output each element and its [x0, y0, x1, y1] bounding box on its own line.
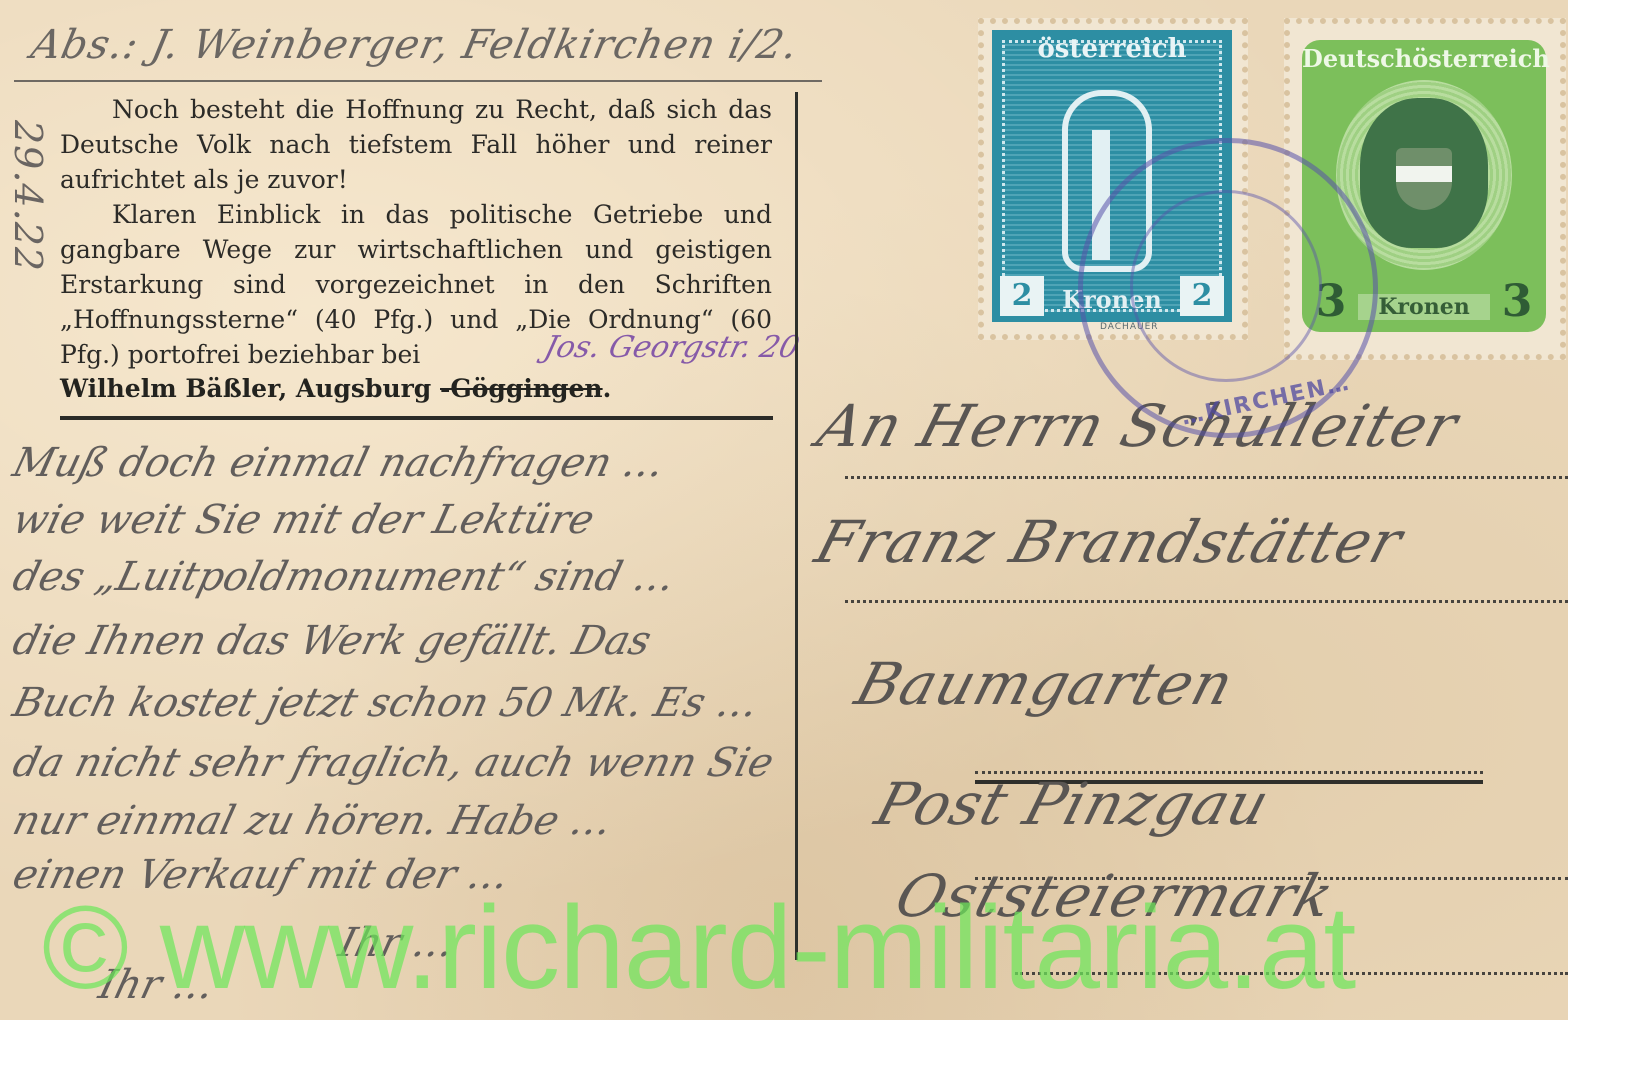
stamp-currency: Kronen: [1358, 294, 1490, 320]
page-margin-right: [1568, 0, 1652, 1074]
message-line: die Ihnen das Werk gefällt. Das: [8, 618, 655, 664]
sender-rule: [14, 80, 822, 82]
address-dotted-rule: [845, 600, 1568, 603]
publisher-name: Wilhelm Bäßler, Augsburg: [60, 374, 440, 403]
publisher-end: .: [603, 374, 612, 403]
stamp-value-left: 2: [1000, 276, 1044, 316]
card-center-divider: [795, 92, 798, 960]
printed-divider-rule: [60, 416, 773, 420]
purple-address-overprint: Jos. Georgstr. 20: [541, 330, 803, 365]
address-line: Franz Brandstätter: [808, 508, 1410, 576]
address-dotted-rule: [845, 476, 1568, 479]
postcard: Abs.: J. Weinberger, Feldkirchen i/2. 29…: [0, 0, 1568, 1020]
message-line: Buch kostet jetzt schon 50 Mk. Es …: [8, 680, 763, 726]
stamp-value-right: 3: [1492, 278, 1542, 326]
message-line: da nicht sehr fraglich, auch wenn Sie: [8, 740, 778, 786]
page-margin-bottom: [0, 1020, 1652, 1074]
printed-paragraph-1: Noch besteht die Hoffnung zu Recht, daß …: [60, 92, 772, 197]
message-line: Muß doch einmal nachfragen …: [8, 440, 669, 486]
address-line: Baumgarten: [848, 650, 1241, 718]
stamp-country: Deutschösterreich: [1302, 44, 1546, 73]
message-line: des „Luitpoldmonument“ sind …: [8, 554, 680, 600]
address-line: Post Pinzgau: [868, 770, 1277, 838]
date-handwriting: 29.4.22: [6, 120, 50, 272]
sender-handwriting: Abs.: J. Weinberger, Feldkirchen i/2.: [27, 22, 803, 68]
publisher-struck-location: -Göggingen: [440, 374, 603, 403]
publisher-line: Wilhelm Bäßler, Augsburg -Göggingen.: [60, 374, 611, 403]
message-line: nur einmal zu hören. Habe …: [8, 798, 616, 844]
message-line: wie weit Sie mit der Lektüre: [8, 497, 599, 543]
postmark-inner-ring: [1130, 190, 1322, 382]
shield-band: [1396, 166, 1452, 182]
stamp-country: österreich: [992, 34, 1232, 64]
copyright-watermark: © www.richard-militaria.at: [42, 880, 1355, 1016]
